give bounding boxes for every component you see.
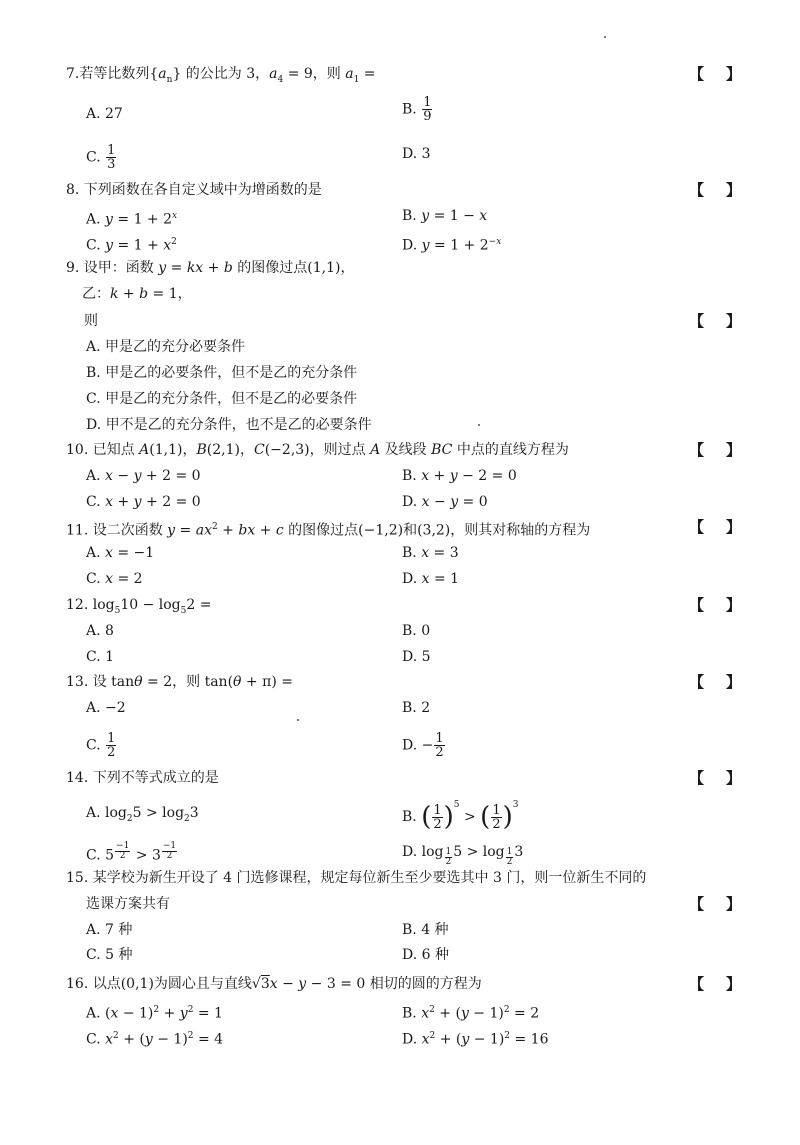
question-13-option-b[interactable]: B. 2 bbox=[402, 698, 430, 718]
question-14-option-d[interactable]: D. log125 > log123 bbox=[402, 842, 523, 868]
question-9-option-b[interactable]: B. 甲是乙的必要条件，但不是乙的充分条件 bbox=[86, 363, 357, 383]
question-9-option-d[interactable]: D. 甲不是乙的充分条件，也不是乙的必要条件 bbox=[86, 415, 372, 435]
question-14-option-c[interactable]: C. 5−12 > 3−12 bbox=[86, 842, 178, 866]
answer-bracket[interactable]: 【】 bbox=[689, 595, 741, 615]
question-16-option-c[interactable]: C. x2 + (y − 1)2 = 4 bbox=[86, 1026, 223, 1050]
question-13-option-c[interactable]: C. 12 bbox=[86, 732, 117, 759]
answer-bracket[interactable]: 【】 bbox=[689, 311, 741, 331]
question-9-option-a[interactable]: A. 甲是乙的充分必要条件 bbox=[86, 337, 245, 357]
answer-bracket[interactable]: 【】 bbox=[689, 180, 741, 200]
question-7-option-a[interactable]: A. 27 bbox=[86, 104, 123, 124]
question-16-option-b[interactable]: B. x2 + (y − 1)2 = 2 bbox=[402, 1000, 539, 1024]
question-8-option-b[interactable]: B. y = 1 − x bbox=[402, 206, 487, 226]
question-12-option-a[interactable]: A. 8 bbox=[86, 621, 114, 641]
scan-speck bbox=[478, 424, 480, 426]
answer-bracket[interactable]: 【】 bbox=[689, 64, 741, 84]
question-11-option-d[interactable]: D. x = 1 bbox=[402, 569, 459, 589]
scan-speck bbox=[297, 719, 299, 721]
answer-bracket[interactable]: 【】 bbox=[689, 894, 741, 914]
question-10-option-d[interactable]: D. x − y = 0 bbox=[402, 492, 488, 512]
question-14-option-a[interactable]: A. log25 > log23 bbox=[86, 803, 199, 829]
question-10-option-a[interactable]: A. x − y + 2 = 0 bbox=[86, 466, 201, 486]
question-12-option-c[interactable]: C. 1 bbox=[86, 647, 114, 667]
question-14-option-b[interactable]: B. (12)5 > (12)3 bbox=[402, 795, 519, 831]
answer-bracket[interactable]: 【】 bbox=[689, 672, 741, 692]
question-9-stem-2: 乙：k + b = 1， bbox=[82, 284, 800, 304]
exam-page: 7.若等比数列{an} 的公比为 3，a4 = 9，则 a1 = 【】 A. 2… bbox=[0, 0, 800, 1145]
question-11-option-a[interactable]: A. x = −1 bbox=[86, 543, 154, 563]
answer-bracket[interactable]: 【】 bbox=[689, 768, 741, 788]
question-8-option-d[interactable]: D. y = 1 + 2−x bbox=[402, 232, 501, 256]
question-12-option-b[interactable]: B. 0 bbox=[402, 621, 430, 641]
question-8-option-c[interactable]: C. y = 1 + x2 bbox=[86, 232, 177, 256]
question-15-option-a[interactable]: A. 7 种 bbox=[86, 920, 132, 940]
answer-bracket[interactable]: 【】 bbox=[689, 440, 741, 460]
question-13-option-d[interactable]: D. −12 bbox=[402, 732, 446, 759]
question-number: 7. bbox=[66, 66, 79, 82]
question-13-option-a[interactable]: A. −2 bbox=[86, 698, 126, 718]
question-12-option-d[interactable]: D. 5 bbox=[402, 647, 431, 667]
question-7-option-b[interactable]: B. 19 bbox=[402, 96, 433, 123]
question-15-stem: 15. 某学校为新生开设了 4 门选修课程，规定每位新生至少要选其中 3 门，则… bbox=[66, 868, 800, 888]
question-9-option-c[interactable]: C. 甲是乙的充分条件，但不是乙的必要条件 bbox=[86, 389, 357, 409]
question-11-option-c[interactable]: C. x = 2 bbox=[86, 569, 143, 589]
question-10-option-b[interactable]: B. x + y − 2 = 0 bbox=[402, 466, 517, 486]
question-15-option-c[interactable]: C. 5 种 bbox=[86, 945, 132, 965]
question-15-option-b[interactable]: B. 4 种 bbox=[402, 920, 449, 940]
question-9-stem: 9. 设甲：函数 y = kx + b 的图像过点(1,1)， bbox=[66, 258, 800, 278]
question-7-option-d[interactable]: D. 3 bbox=[402, 144, 431, 164]
question-8-option-a[interactable]: A. y = 1 + 2x bbox=[86, 206, 177, 230]
question-11-option-b[interactable]: B. x = 3 bbox=[402, 543, 459, 563]
question-16-option-a[interactable]: A. (x − 1)2 + y2 = 1 bbox=[86, 1000, 223, 1024]
answer-bracket[interactable]: 【】 bbox=[689, 517, 741, 537]
question-10-option-c[interactable]: C. x + y + 2 = 0 bbox=[86, 492, 201, 512]
scan-speck bbox=[604, 36, 606, 38]
answer-bracket[interactable]: 【】 bbox=[689, 974, 741, 994]
question-16-option-d[interactable]: D. x2 + (y − 1)2 = 16 bbox=[402, 1026, 548, 1050]
question-15-option-d[interactable]: D. 6 种 bbox=[402, 945, 449, 965]
question-7-option-c[interactable]: C. 13 bbox=[86, 144, 117, 171]
